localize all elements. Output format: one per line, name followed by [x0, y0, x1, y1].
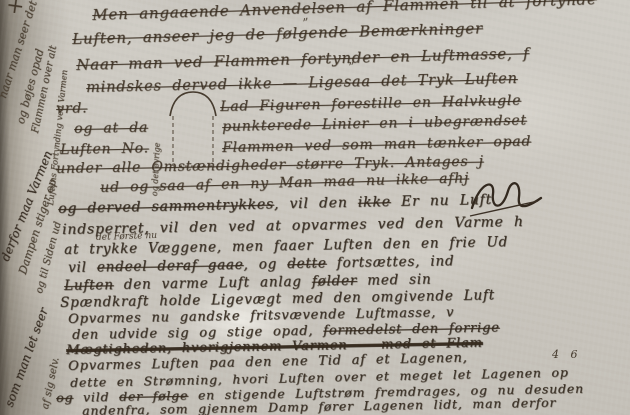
struck-text: Flammen ved som man tænker opad — [222, 134, 531, 156]
struck-text: Naar man ved Flammen fortynder en Luftma… — [76, 44, 530, 74]
manuscript-line: og derved sammentrykkes, vil den ikke Er… — [58, 192, 492, 217]
figure-number: 4 6 — [552, 348, 582, 361]
struck-text: ikke — [358, 194, 391, 211]
handwritten-text: fortsættes, ind — [327, 253, 455, 271]
struck-text: ud og saa af en ny Man maa nu — [100, 173, 386, 196]
struck-text: og — [56, 390, 73, 405]
handwritten-text: med sin — [357, 272, 432, 289]
struck-text: følder — [312, 273, 358, 290]
manuscript-line: Lad Figuren forestille en Halvkugle — [220, 93, 521, 115]
struck-text: ikke afhj — [385, 170, 469, 188]
struck-text: Luften No. — [60, 140, 149, 158]
manuscript-line: Luften No. — [60, 140, 149, 158]
struck-text: mindskes derved ikke — Ligesaa det Tryk … — [86, 71, 518, 96]
manuscript-line: Flammen ved som man tænker opad — [222, 134, 531, 156]
struck-text: og at da — [74, 120, 148, 137]
manuscript-line: og at da — [74, 120, 148, 137]
struck-text: Luften, anseer jeg de følgende Bemærknin… — [72, 19, 483, 48]
handwritten-text: , og — [243, 256, 287, 273]
handwritten-text: Er nu Luft — [391, 192, 493, 210]
struck-text: endeel deraf gaae — [97, 257, 244, 276]
manuscript-line: Men angaaende Anvendelsen af Flammen til… — [92, 0, 597, 24]
struck-text: og derved sammentrykkes — [58, 196, 274, 217]
manuscript-line: Luften, anseer jeg de følgende Bemærknin… — [72, 19, 483, 48]
manuscript-page: + ” ” 4 6 det Første nu Men angaaende An… — [0, 0, 630, 415]
manuscript-line: mindskes derved ikke — Ligesaa det Tryk … — [86, 71, 518, 96]
struck-text: dette — [287, 255, 327, 272]
struck-text: Lad Figuren forestille en Halvkugle — [220, 93, 521, 115]
struck-text: Luften — [64, 277, 114, 294]
manuscript-line: punkterede Linier en i ubegrændset — [222, 113, 527, 135]
struck-text: Men angaaende Anvendelsen af Flammen til… — [92, 0, 597, 24]
handwritten-text: , vil den — [274, 195, 358, 213]
handwritten-text: vil — [68, 259, 97, 275]
manuscript-line: Naar man ved Flammen fortynder en Luftma… — [76, 44, 530, 74]
struck-text: punkterede Linier en i ubegrændset — [222, 113, 527, 135]
